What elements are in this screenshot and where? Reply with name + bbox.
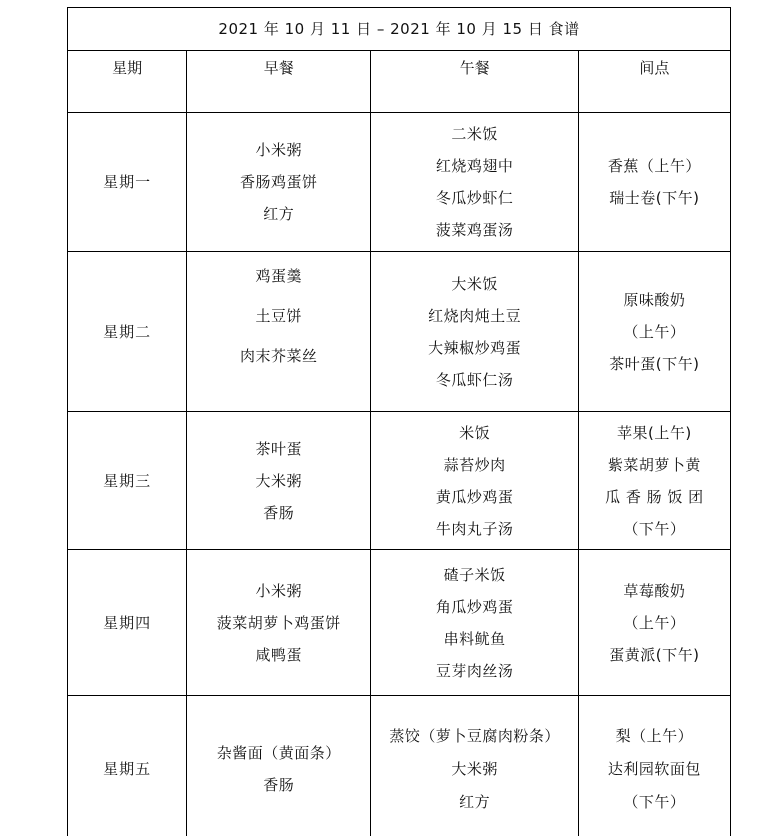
snack-item: 茶叶蛋(下午) <box>579 348 730 380</box>
lunch-cell: 大米饭 红烧肉炖土豆 大辣椒炒鸡蛋 冬瓜虾仁汤 <box>371 252 578 412</box>
lunch-item: 大米饭 <box>371 268 577 300</box>
snack-item: 瑞士卷(下午) <box>579 182 730 214</box>
lunch-item: 冬瓜炒虾仁 <box>371 182 577 214</box>
snack-item: （上午） <box>579 316 730 348</box>
table-row-monday: 星期一 小米粥 香肠鸡蛋饼 红方 二米饭 红烧鸡翅中 冬瓜炒虾仁 菠菜鸡蛋汤 香… <box>68 113 731 252</box>
lunch-item: 红方 <box>371 786 577 819</box>
snack-item: （下午） <box>579 786 730 819</box>
breakfast-cell: 鸡蛋羹 土豆饼 肉末芥菜丝 <box>187 252 371 412</box>
snack-item: 草莓酸奶 <box>579 575 730 607</box>
breakfast-cell: 茶叶蛋 大米粥 香肠 <box>187 412 371 550</box>
breakfast-cell: 杂酱面（黄面条） 香肠 <box>187 696 371 836</box>
day-cell: 星期四 <box>68 550 187 696</box>
breakfast-item: 红方 <box>187 198 370 230</box>
lunch-cell: 蒸饺（萝卜豆腐肉粉条） 大米粥 红方 <box>371 696 578 836</box>
lunch-item: 串料鱿鱼 <box>371 623 577 655</box>
breakfast-item: 小米粥 <box>187 575 370 607</box>
snack-item: 香蕉（上午） <box>579 150 730 182</box>
day-cell: 星期二 <box>68 252 187 412</box>
table-row-thursday: 星期四 小米粥 菠菜胡萝卜鸡蛋饼 咸鸭蛋 碴子米饭 角瓜炒鸡蛋 串料鱿鱼 豆芽肉… <box>68 550 731 696</box>
lunch-item: 蒜苔炒肉 <box>371 449 577 481</box>
snack-cell: 草莓酸奶 （上午） 蛋黄派(下午) <box>578 550 730 696</box>
lunch-item: 红烧鸡翅中 <box>371 150 577 182</box>
snack-item: 蛋黄派(下午) <box>579 639 730 671</box>
lunch-cell: 米饭 蒜苔炒肉 黄瓜炒鸡蛋 牛肉丸子汤 <box>371 412 578 550</box>
breakfast-item: 菠菜胡萝卜鸡蛋饼 <box>187 607 370 639</box>
breakfast-item: 土豆饼 <box>187 296 370 336</box>
breakfast-item: 茶叶蛋 <box>187 433 370 465</box>
lunch-item: 红烧肉炖土豆 <box>371 300 577 332</box>
lunch-item: 大辣椒炒鸡蛋 <box>371 332 577 364</box>
lunch-item: 角瓜炒鸡蛋 <box>371 591 577 623</box>
snack-item: 紫菜胡萝卜黄 <box>579 449 730 481</box>
lunch-item: 米饭 <box>371 417 577 449</box>
lunch-item: 黄瓜炒鸡蛋 <box>371 481 577 513</box>
snack-cell: 梨（上午） 达利园软面包 （下午） <box>578 696 730 836</box>
lunch-item: 二米饭 <box>371 118 577 150</box>
day-cell: 星期一 <box>68 113 187 252</box>
breakfast-item: 鸡蛋羹 <box>187 256 370 296</box>
breakfast-item: 杂酱面（黄面条） <box>187 737 370 769</box>
lunch-cell: 二米饭 红烧鸡翅中 冬瓜炒虾仁 菠菜鸡蛋汤 <box>371 113 578 252</box>
breakfast-cell: 小米粥 香肠鸡蛋饼 红方 <box>187 113 371 252</box>
table-row-wednesday: 星期三 茶叶蛋 大米粥 香肠 米饭 蒜苔炒肉 黄瓜炒鸡蛋 牛肉丸子汤 苹果(上午… <box>68 412 731 550</box>
day-cell: 星期三 <box>68 412 187 550</box>
lunch-item: 冬瓜虾仁汤 <box>371 364 577 396</box>
header-row: 星期 早餐 午餐 间点 <box>68 51 731 113</box>
snack-cell: 香蕉（上午） 瑞士卷(下午) <box>578 113 730 252</box>
breakfast-item: 大米粥 <box>187 465 370 497</box>
breakfast-item: 香肠 <box>187 769 370 801</box>
snack-item: 达利园软面包 <box>579 753 730 786</box>
snack-item: 苹果(上午) <box>579 417 730 449</box>
lunch-item: 牛肉丸子汤 <box>371 513 577 545</box>
lunch-cell: 碴子米饭 角瓜炒鸡蛋 串料鱿鱼 豆芽肉丝汤 <box>371 550 578 696</box>
weekly-menu-table: 2021 年 10 月 11 日 – 2021 年 10 月 15 日 食谱 星… <box>67 7 731 836</box>
snack-item: （上午） <box>579 607 730 639</box>
snack-item: （下午） <box>579 513 730 545</box>
breakfast-item: 香肠鸡蛋饼 <box>187 166 370 198</box>
day-cell: 星期五 <box>68 696 187 836</box>
header-breakfast: 早餐 <box>187 51 371 113</box>
breakfast-item: 香肠 <box>187 497 370 529</box>
lunch-item: 大米粥 <box>371 753 577 786</box>
lunch-item: 菠菜鸡蛋汤 <box>371 214 577 246</box>
snack-cell: 原味酸奶 （上午） 茶叶蛋(下午) <box>578 252 730 412</box>
snack-cell: 苹果(上午) 紫菜胡萝卜黄 瓜 香 肠 饭 团 （下午） <box>578 412 730 550</box>
header-day: 星期 <box>68 51 187 113</box>
table-row-tuesday: 星期二 鸡蛋羹 土豆饼 肉末芥菜丝 大米饭 红烧肉炖土豆 大辣椒炒鸡蛋 冬瓜虾仁… <box>68 252 731 412</box>
lunch-item: 碴子米饭 <box>371 559 577 591</box>
breakfast-item: 小米粥 <box>187 134 370 166</box>
snack-item: 瓜 香 肠 饭 团 <box>579 481 730 513</box>
header-lunch: 午餐 <box>371 51 578 113</box>
snack-item: 原味酸奶 <box>579 284 730 316</box>
title-row: 2021 年 10 月 11 日 – 2021 年 10 月 15 日 食谱 <box>68 8 731 51</box>
breakfast-cell: 小米粥 菠菜胡萝卜鸡蛋饼 咸鸭蛋 <box>187 550 371 696</box>
lunch-item: 蒸饺（萝卜豆腐肉粉条） <box>371 720 577 753</box>
menu-title: 2021 年 10 月 11 日 – 2021 年 10 月 15 日 食谱 <box>68 8 731 51</box>
breakfast-item: 肉末芥菜丝 <box>187 336 370 376</box>
snack-item: 梨（上午） <box>579 720 730 753</box>
breakfast-item: 咸鸭蛋 <box>187 639 370 671</box>
lunch-item: 豆芽肉丝汤 <box>371 655 577 687</box>
table-row-friday: 星期五 杂酱面（黄面条） 香肠 蒸饺（萝卜豆腐肉粉条） 大米粥 红方 梨（上午）… <box>68 696 731 836</box>
header-snack: 间点 <box>578 51 730 113</box>
